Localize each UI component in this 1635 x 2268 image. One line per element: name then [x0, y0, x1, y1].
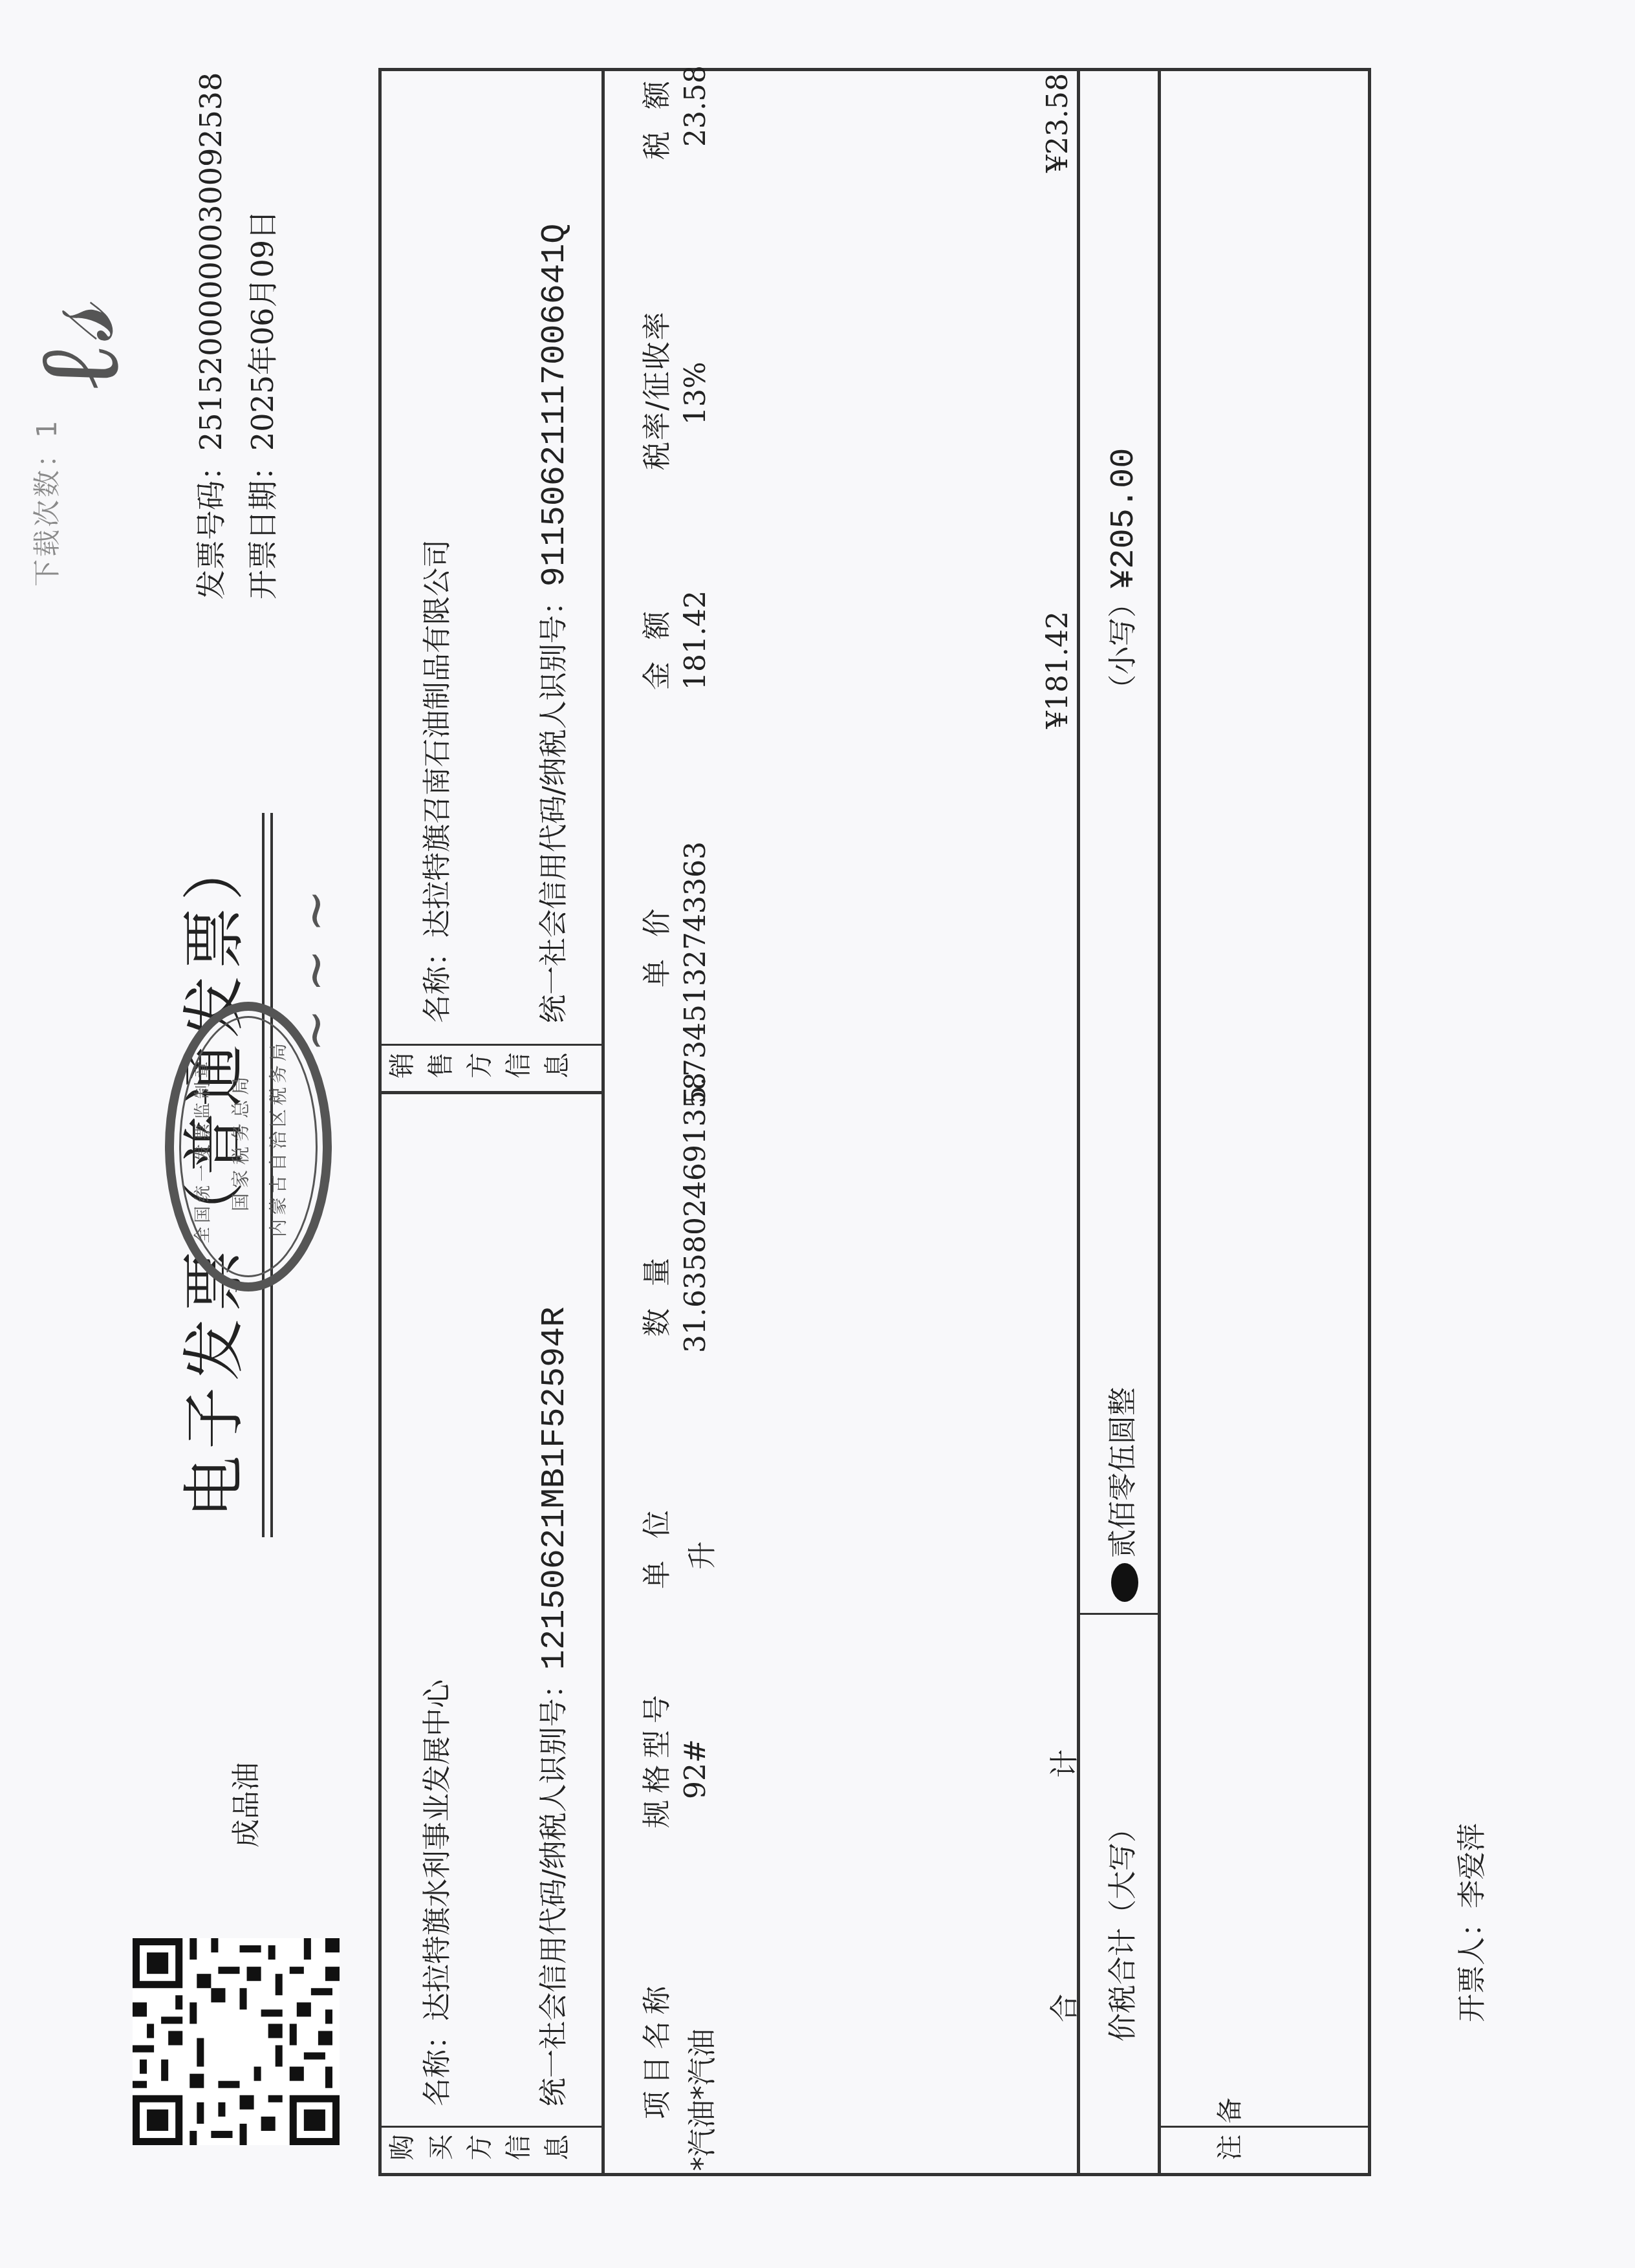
- stamp-top-text: 全国统一发票监制章: [189, 1057, 213, 1244]
- row-divider-remarks: [1158, 68, 1161, 2176]
- buyer-label-divider: [378, 2126, 605, 2128]
- invoice-number: 发票号码：25152000000030092538: [188, 72, 230, 599]
- remarks-label: 备 注: [1216, 2094, 1345, 2168]
- stamp-bottom-text: 内蒙古自治区税务局: [265, 1039, 290, 1237]
- download-count-label: 下载次数：: [31, 438, 63, 587]
- item-tax-rate: 13%: [679, 362, 712, 425]
- row-divider-grand: [1077, 68, 1080, 2176]
- grand-total-small: （小写）¥205.00: [1099, 448, 1143, 703]
- col-unit: 单 位: [634, 1504, 675, 1589]
- issuer-label: 开票人：: [1456, 1908, 1489, 2022]
- col-unit-price: 单 价: [634, 902, 675, 988]
- invoice-table: [378, 68, 1371, 2176]
- invoice-number-label: 发票号码：: [193, 451, 228, 599]
- col-tax-rate: 税率/征收率: [634, 310, 675, 470]
- qr-code-icon: [133, 1938, 340, 2145]
- download-count-value: 1: [31, 418, 63, 438]
- col-amount: 金 额: [634, 605, 675, 690]
- invoice-sheet: 下载次数：1 成品油 电子发票（普通发票） 全: [0, 0, 1635, 2268]
- issue-date-label: 开票日期：: [245, 451, 280, 599]
- buyer-section-label: 购买方信息: [388, 2131, 595, 2168]
- seller-label-divider: [378, 1044, 605, 1046]
- download-count: 下载次数：1: [26, 418, 65, 587]
- cancel-circle-icon: [1111, 1563, 1138, 1602]
- row-divider-parties: [601, 68, 605, 2176]
- total-amount: ¥181.42: [1041, 611, 1074, 729]
- item-unit: 升: [679, 1541, 720, 1570]
- seller-name-label: 名称：: [421, 938, 454, 1023]
- buyer-tax-id-value: 12150621MB1F52594R: [536, 1306, 574, 1670]
- grand-total-small-label: （小写）: [1107, 589, 1140, 703]
- issuer: 开票人：李爱萍: [1449, 1823, 1490, 2022]
- issue-date: 开票日期：2025年06月09日: [239, 210, 282, 599]
- grand-total-uppercase-value: 贰佰零伍圆整: [1107, 1387, 1140, 1558]
- buyer-seller-divider: [378, 1091, 605, 1094]
- handwritten-signature: ℓ𝓈: [8, 297, 148, 401]
- buyer-name-value: 达拉特旗水利事业发展中心: [421, 1679, 454, 2021]
- handwritten-note: ~ ~ ~: [285, 889, 345, 1052]
- buyer-name-label: 名称：: [421, 2021, 454, 2106]
- buyer-tax-id: 统一社会信用代码/纳税人识别号：12150621MB1F52594R: [530, 1306, 574, 2106]
- col-item-name: 项目名称: [634, 1980, 675, 2119]
- seller-tax-id-label: 统一社会信用代码/纳税人识别号：: [537, 587, 570, 1023]
- grand-total-small-value: ¥205.00: [1105, 448, 1143, 589]
- col-quantity: 数 量: [634, 1251, 675, 1337]
- seller-tax-id-value: 91150621117006641Q: [536, 223, 574, 587]
- item-spec: 92#: [679, 1739, 712, 1799]
- total-tax: ¥23.58: [1041, 73, 1074, 173]
- stamp-middle-text: 国家税务总局: [227, 1072, 253, 1211]
- item-amount: 181.42: [679, 590, 712, 690]
- issuer-value: 李爱萍: [1456, 1823, 1489, 1908]
- item-unit-price: 5.7345132743363: [679, 841, 712, 1104]
- seller-name-value: 达拉特旗召南石油制品有限公司: [421, 539, 454, 938]
- seller-name: 名称：达拉特旗召南石油制品有限公司: [414, 539, 455, 1023]
- grand-total-uppercase: 贰佰零伍圆整: [1099, 1387, 1141, 1602]
- seller-section-label: 销售方信息: [388, 1049, 595, 1086]
- seller-tax-id: 统一社会信用代码/纳税人识别号：91150621117006641Q: [530, 223, 574, 1023]
- col-tax: 税 额: [634, 74, 675, 160]
- invoice-category: 成品油: [223, 1762, 265, 1848]
- col-spec: 规格型号: [634, 1689, 675, 1828]
- item-tax: 23.58: [679, 65, 712, 147]
- buyer-name: 名称：达拉特旗水利事业发展中心: [414, 1679, 455, 2106]
- grand-label-divider: [1077, 1613, 1158, 1615]
- item-name: *汽油*汽油: [679, 2029, 720, 2171]
- qr-code: [133, 1938, 340, 2145]
- grand-total-label: 价税合计（大写）: [1099, 1814, 1141, 2042]
- buyer-tax-id-label: 统一社会信用代码/纳税人识别号：: [537, 1670, 570, 2106]
- invoice-number-value: 25152000000030092538: [193, 72, 228, 451]
- issue-date-value: 2025年06月09日: [245, 210, 280, 451]
- item-quantity: 31.635802469135​8: [679, 1072, 712, 1353]
